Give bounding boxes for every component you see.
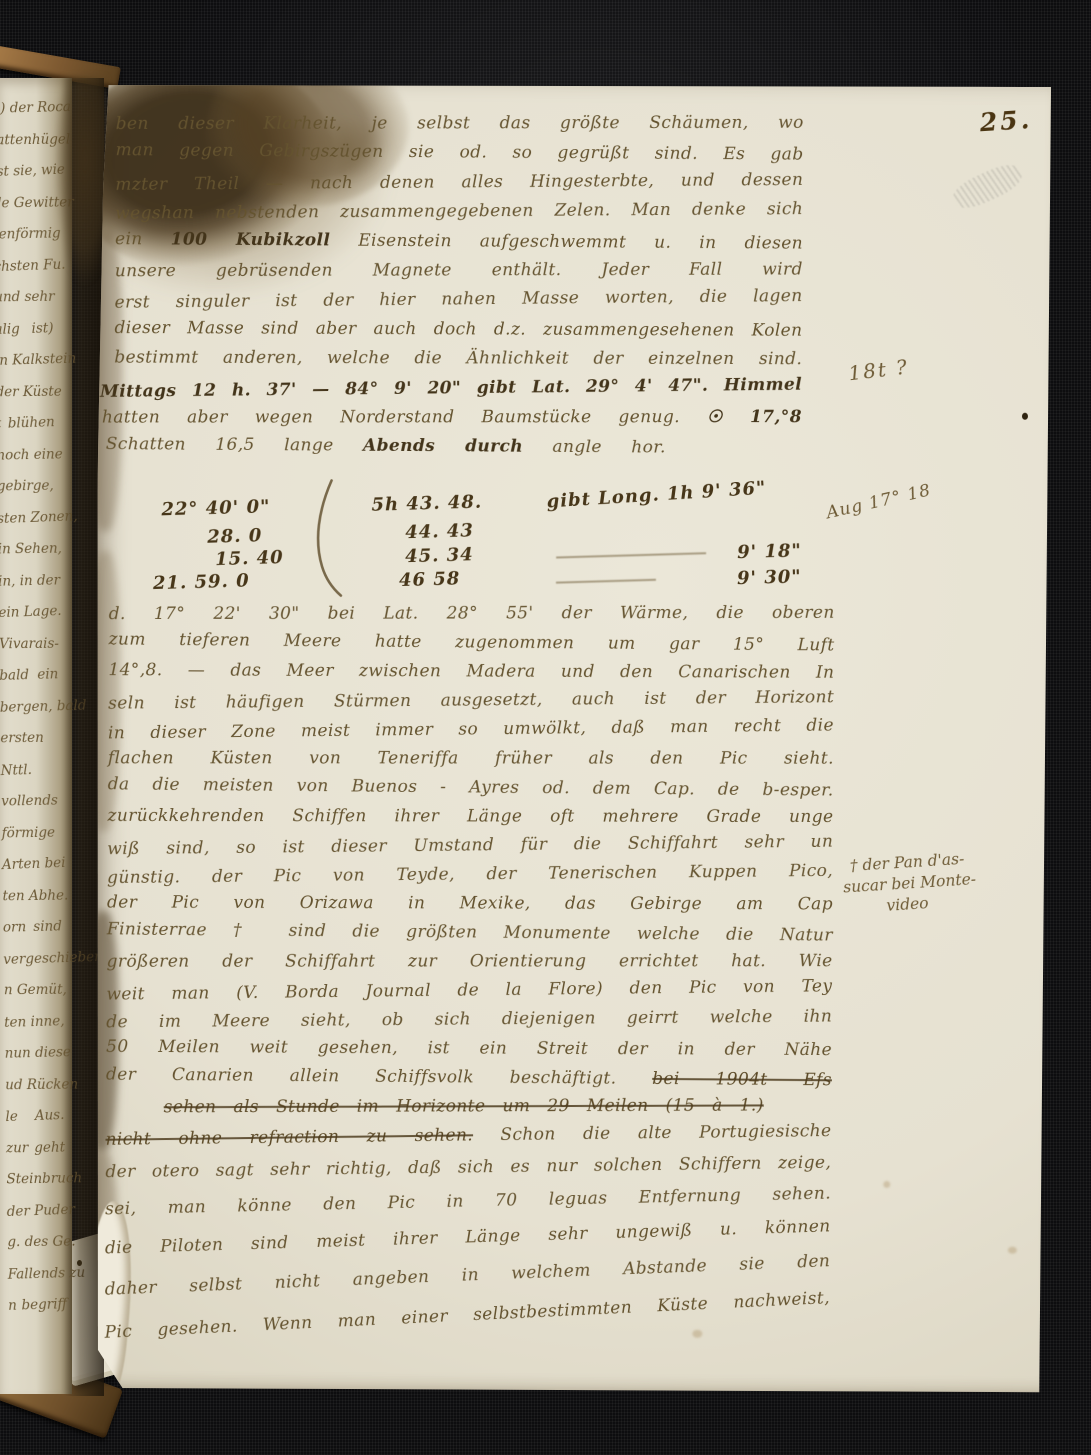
observation-value: 44. 43 [405,520,474,543]
manuscript-text: orn sind [3,918,62,935]
manuscript-text: förmige [2,824,56,841]
observation-value: 21. 59. 0 [153,570,250,594]
manuscript-text: zurückkehrenden Schiffen ihrer Länge oft… [107,806,833,827]
table-brace-stroke [301,478,344,598]
facing-page-line: der Küste [0,383,60,415]
facing-page-line: orn sind [3,918,68,951]
facing-page-line: sten Zonen, [0,508,62,542]
manuscript-text: nun diese [4,1044,71,1062]
manuscript-text: der Pic von Orizawa in Mexike, das Gebir… [107,892,833,914]
manuscript-text: Nttl. [0,762,32,779]
manuscript-line: d. 17° 22' 30" bei Lat. 28° 55' der Wärm… [109,603,835,633]
facing-page-line: und sehr [0,289,58,321]
manuscript-text: in, in der [0,572,60,589]
facing-page-line: vollends [1,792,66,825]
facing-page-line: Arten bei [2,855,67,889]
facing-page-line: Vivarais- [0,635,63,667]
manuscript-line: Finisterrae † sind die größten Monumente… [107,919,833,954]
manuscript-line: günstig. der Pic von Teyde, der Tenerisc… [107,861,833,897]
manuscript-text: 50 Meilen weit gesehen, ist ein Streit d… [106,1037,832,1060]
facing-page-line: ud Rücken [5,1076,69,1108]
struck-text: bei 1904t Efs [652,1069,832,1090]
facing-page-line: alig ist) [0,320,59,353]
facing-page-line: ersten [0,730,64,762]
manuscript-line: da die meisten von Buenos - Ayres od. de… [108,774,834,809]
manuscript-page: 25. ben dieser Klarheit, je selbst das g… [92,81,1052,1395]
facing-page-line: zur geht [6,1139,70,1171]
manuscript-line: sehen als Stunde im Horizonte um 29 Meil… [164,1095,764,1126]
facing-page-line: gebirge, [0,478,61,510]
facing-page-line: förmige [2,824,66,856]
manuscript-text: wiß sind, so ist dieser Umstand für die … [107,832,833,860]
manuscript-text: tenförmig [0,225,61,242]
observation-value: 22° 40' 0" [161,496,271,520]
manuscript-line: flachen Küsten von Teneriffa früher als … [108,748,834,777]
facing-page-line: n Gemüt, [4,982,68,1014]
manuscript-text: Finisterrae † sind die größten Monumente… [107,919,833,945]
observation-value: 45. 34 [405,544,474,567]
manuscript-text: noch eine [0,446,63,463]
manuscript-text: flachen Küsten von Teneriffa früher als … [108,748,834,768]
facing-page-line: Fallends zu [8,1265,73,1298]
manuscript-text: vollends [1,793,58,810]
manuscript-text: und sehr [0,289,55,306]
manuscript-text: alig ist) [0,320,54,338]
result-value: 9' 18" [737,540,802,563]
manuscript-line: größeren der Schiffahrt zur Orientierung… [107,951,833,981]
facing-page-line: g. des Ge. [7,1234,71,1266]
facing-page-line: chsten Fu. [0,256,58,290]
manuscript-line: der Pic von Orizawa in Mexike, das Gebir… [107,892,833,923]
facing-page-line: ten Abhe. [2,887,66,919]
manuscript-line: der Canarien allein Schiffsvolk beschäft… [106,1064,832,1099]
manuscript-text: Arten bei [2,855,66,873]
manuscript-text: d. 17° 22' 30" bei Lat. 28° 55' der Wärm… [109,603,835,624]
result-value: 9' 30" [737,566,802,589]
manuscript-text: zur geht [6,1139,65,1156]
observation-value: 5h 43. 48. [371,492,482,516]
facing-page-line: de Gewitter [0,194,57,226]
facing-page-line: der Puder [7,1201,72,1235]
longitude-result: gibt Long. 1h 9' 36" [546,478,767,513]
facing-page-line: ten inne, [4,1012,69,1045]
manuscript-text: 14°,8. — das Meer zwischen Madera und de… [108,660,834,683]
manuscript-line: zum tieferen Meere hatte zugenommen um g… [108,629,834,664]
facing-page-line: nun diese [4,1044,69,1077]
facing-page-line: bald ein [0,666,64,699]
manuscript-text: ten Abhe. [2,887,68,904]
manuscript-text: gebirge, [0,478,54,495]
facing-page-line: bergen, bald [0,698,64,731]
facing-page-line: d) der Roca [0,99,56,132]
observation-value: 15. 40 [215,547,284,570]
manuscript-line: de im Meere sieht, ob sich diejenigen ge… [106,1006,832,1041]
scan-background: d) der Rocalattenhügelist sie, wiede Gew… [0,0,1091,1455]
observation-value: 28. 0 [207,525,263,548]
facing-page-line: lattenhügel [0,131,56,163]
facing-page-line: ein Lage. [0,603,63,637]
facing-page-line: Steinbruch [6,1170,71,1203]
paragraph-block-2: d. 17° 22' 30" bei Lat. 28° 55' der Wärm… [104,601,834,1336]
manuscript-text: ersten [0,730,44,746]
manuscript-text: der Canarien allein Schiffsvolk beschäft… [106,1064,652,1088]
ink-stain-gutter [56,76,108,286]
manuscript-text: Vivarais- [0,635,59,651]
struck-text: nicht ohne refraction zu sehen. [105,1125,473,1149]
manuscript-text: bald ein [0,666,59,684]
manuscript-text: zum tieferen Meere hatte zugenommen um g… [109,629,835,655]
manuscript-text: in Sehen, [0,541,62,558]
manuscript-text: n begriff [8,1296,67,1314]
manuscript-line: 14°,8. — das Meer zwischen Madera und de… [108,660,834,692]
facing-page-line: le Aus. [5,1107,70,1141]
facing-page-line: noch eine [0,446,61,479]
manuscript-text: Schon die alte Portugiesische [473,1121,832,1145]
observation-value: 46 58 [399,568,461,591]
manuscript-text: n Gemüt, [4,982,67,998]
manuscript-text: da die meisten von Buenos - Ayres od. de… [108,774,834,800]
facing-page-line: in, in der [0,572,63,605]
manuscript-text: ten inne, [4,1013,65,1031]
struck-text: sehen als Stunde im Horizonte um 29 Meil… [164,1095,764,1117]
ink-speck [77,1260,82,1266]
manuscript-text: le Aus. [5,1107,65,1125]
manuscript-line: 50 Meilen weit gesehen, ist ein Streit d… [106,1037,832,1069]
manuscript-text: größeren der Schiffahrt zur Orientierung… [107,951,833,972]
facing-page-line: ist sie, wie [0,162,57,196]
ditto-dash [556,579,656,584]
manuscript-line: zurückkehrenden Schiffen ihrer Länge oft… [107,806,833,836]
manuscript-text: seln ist häufigen Stürmen ausgesetzt, au… [108,687,834,713]
margin-note-pan-de-azucar: † der Pan d'as- sucar bei Monte- video [849,848,978,919]
facing-page-line: in Kalkstein [0,351,60,384]
manuscript-text: der Küste [0,383,62,400]
facing-page-line: t blühen [0,414,61,448]
facing-page-line: tenförmig [0,225,58,258]
manuscript-text: t blühen [0,414,55,432]
facing-page-line: Nttl. [0,760,65,794]
ditto-dash [556,552,706,558]
facing-page-line: in Sehen, [0,541,62,573]
manuscript-text: ein Lage. [0,603,62,621]
facing-page-line: vergeschieben [3,949,68,982]
